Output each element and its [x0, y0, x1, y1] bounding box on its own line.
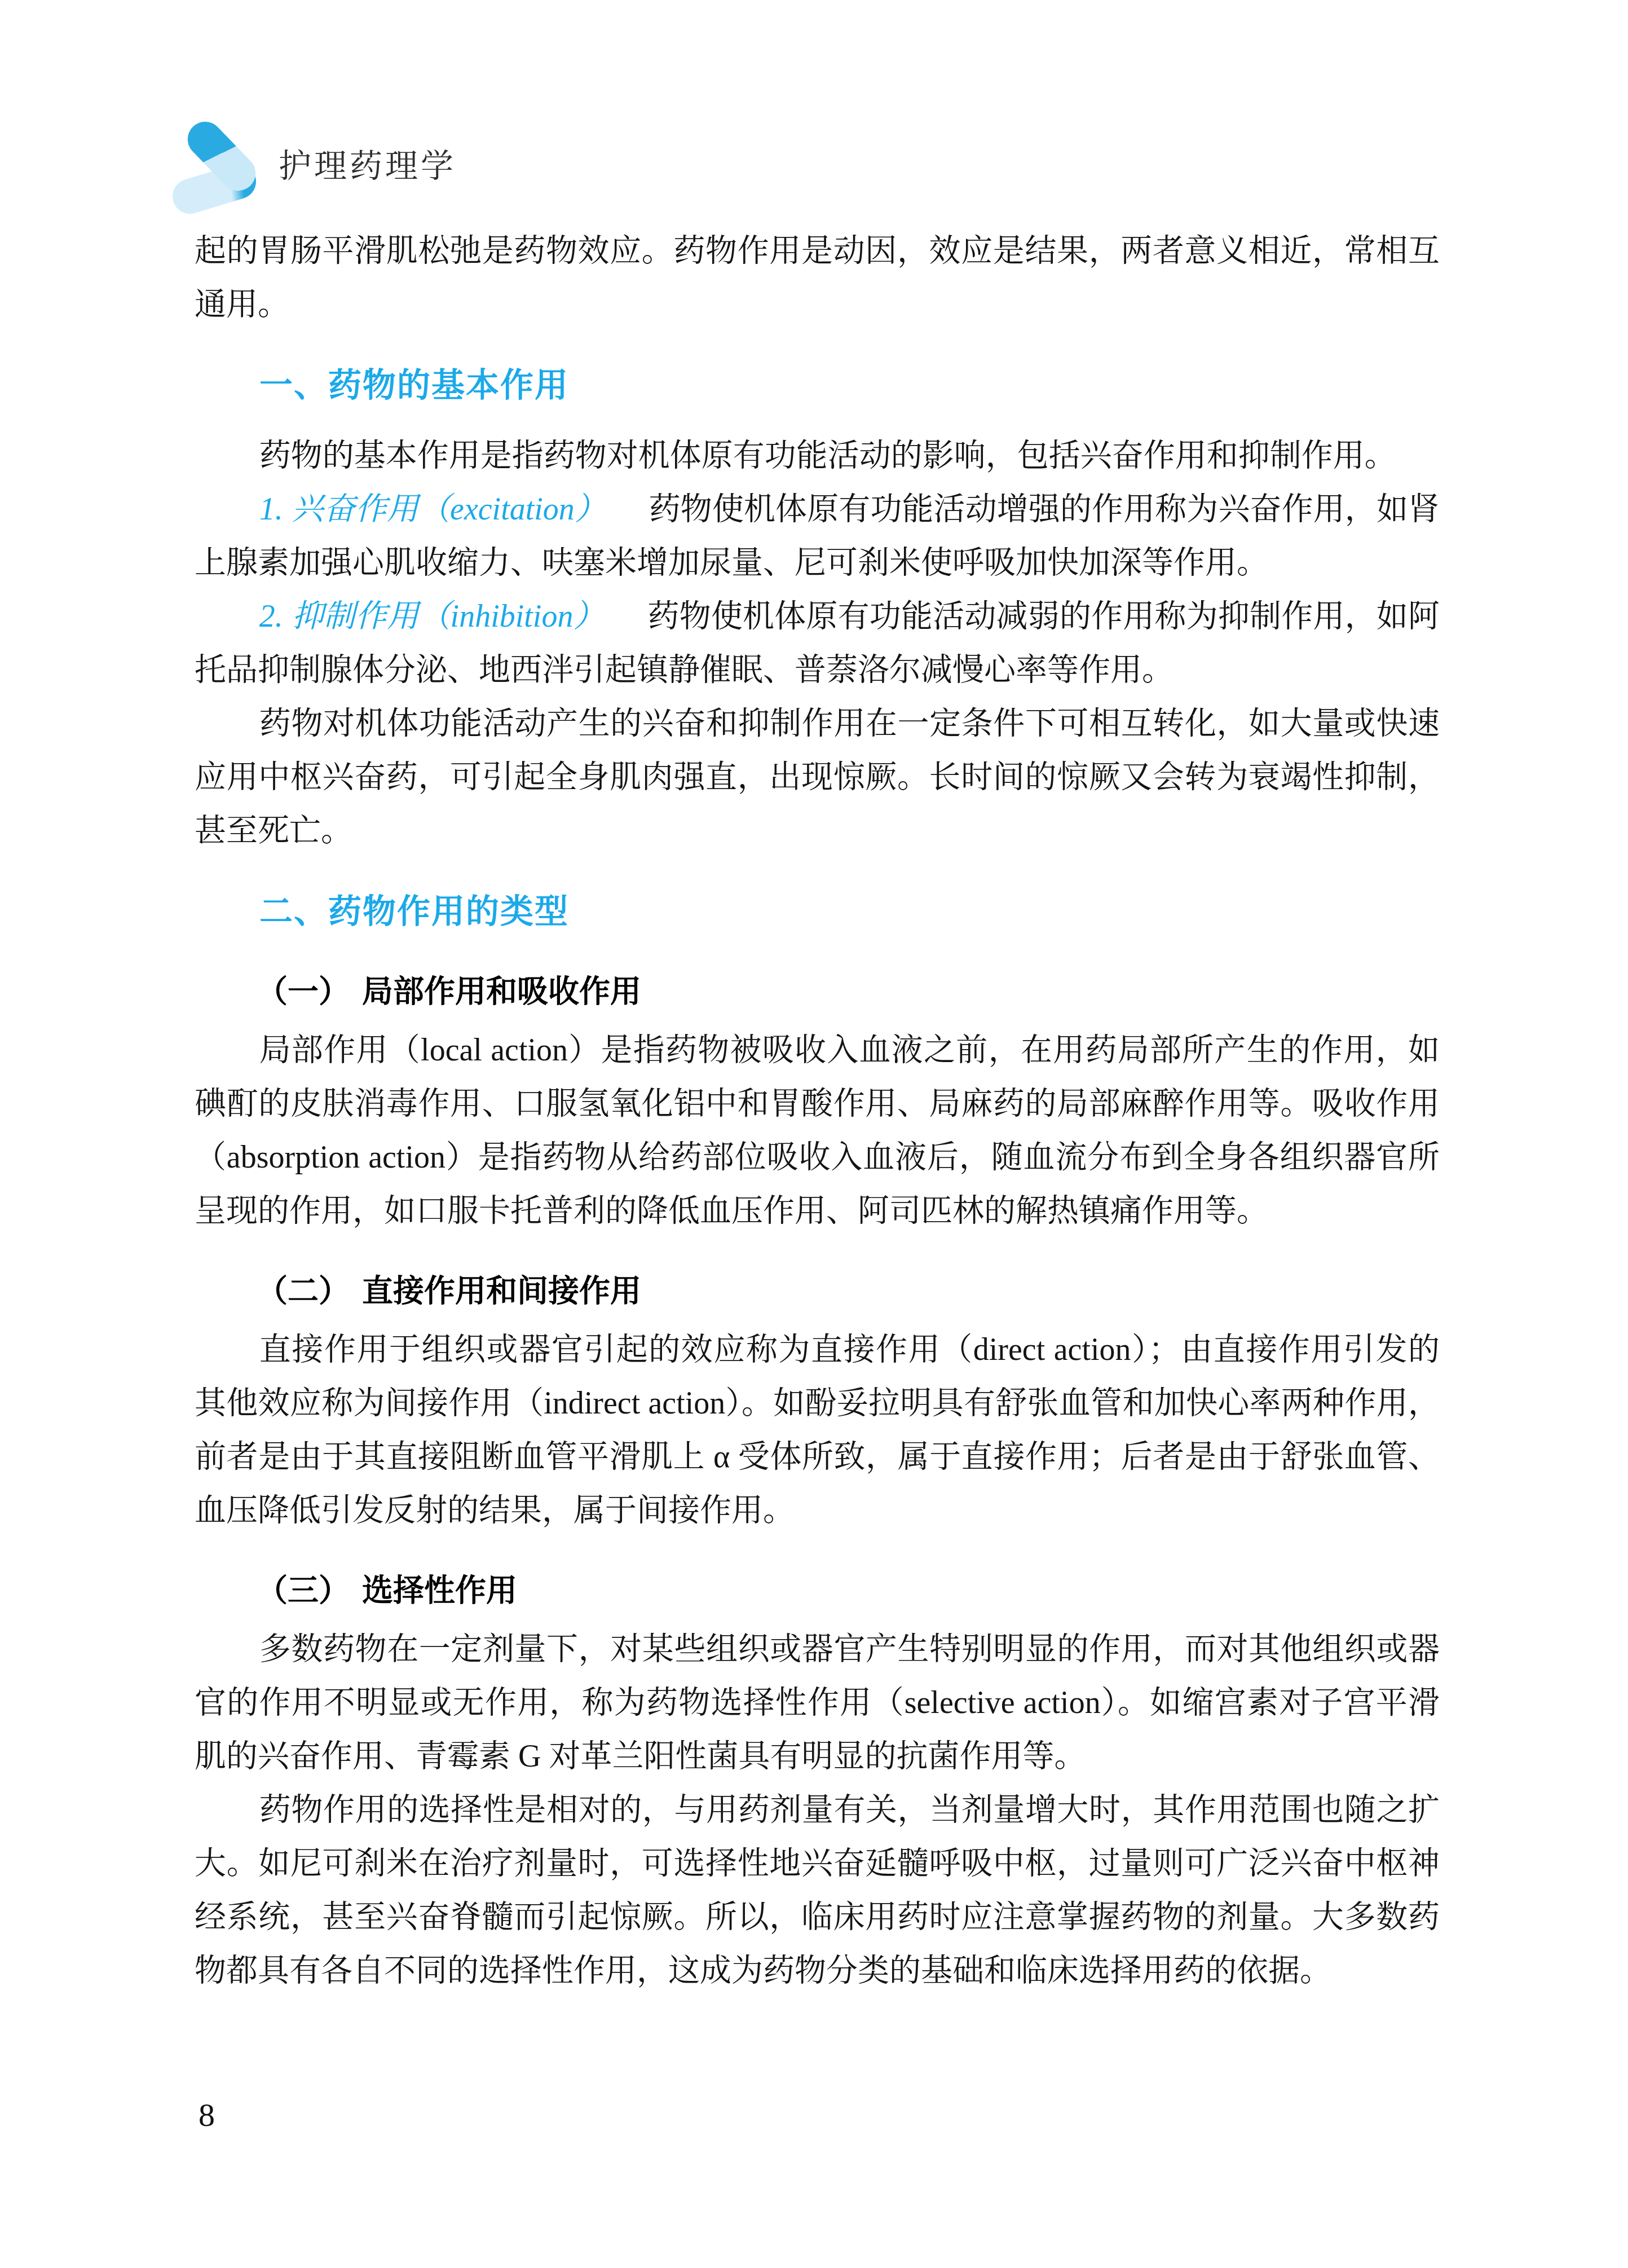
term-number: 2. [259, 599, 283, 634]
section-1-heading: 一、药物的基本作用 [195, 359, 1440, 412]
book-title: 护理药理学 [279, 150, 456, 186]
numbered-item-inhibition: 2.抑制作用（inhibition）药物使机体原有功能活动减弱的作用称为抑制作用… [195, 590, 1440, 697]
page-number: 8 [198, 2088, 215, 2142]
subsection-2-paragraph: 直接作用于组织或器官引起的效应称为直接作用（direct action）；由直接… [195, 1323, 1440, 1538]
subsection-marker: （二） [257, 1273, 350, 1308]
page-header: 护理药理学 [174, 125, 456, 211]
term-cn: 兴奋作用 [292, 492, 418, 527]
subsection-1-paragraph: 局部作用（local action）是指药物被吸收入血液之前，在用药局部所产生的… [195, 1024, 1440, 1238]
textbook-page: 护理药理学 起的胃肠平滑肌松弛是药物效应。药物作用是动因，效应是结果，两者意义相… [0, 0, 1628, 2268]
subsection-3-paragraph-2: 药物作用的选择性是相对的，与用药剂量有关，当剂量增大时，其作用范围也随之扩大。如… [195, 1783, 1440, 1998]
numbered-item-excitation: 1.兴奋作用（excitation）药物使机体原有功能活动增强的作用称为兴奋作用… [195, 483, 1440, 590]
term-number: 1. [259, 492, 283, 527]
subsection-marker: （一） [257, 974, 350, 1009]
term-label-inhibition: 2.抑制作用（inhibition） [259, 599, 605, 634]
pill-logo-icon [174, 125, 263, 211]
subsection-1-heading: （一）局部作用和吸收作用 [195, 965, 1440, 1018]
term-cn: 抑制作用 [292, 599, 418, 634]
term-label-excitation: 1.兴奋作用（excitation） [259, 492, 606, 527]
term-en: （excitation） [418, 492, 606, 527]
subsection-3-paragraph-1: 多数药物在一定剂量下，对某些组织或器官产生特别明显的作用，而对其他组织或器官的作… [195, 1623, 1440, 1783]
page-content: 起的胃肠平滑肌松弛是药物效应。药物作用是动因，效应是结果，两者意义相近，常相互通… [195, 224, 1440, 1998]
subsection-title: 局部作用和吸收作用 [362, 974, 641, 1009]
section-1-paragraph: 药物对机体功能活动产生的兴奋和抑制作用在一定条件下可相互转化，如大量或快速应用中… [195, 697, 1440, 858]
section-2-heading: 二、药物作用的类型 [195, 885, 1440, 939]
paragraph-continuation: 起的胃肠平滑肌松弛是药物效应。药物作用是动因，效应是结果，两者意义相近，常相互通… [195, 224, 1440, 332]
subsection-marker: （三） [257, 1573, 350, 1608]
section-1-lead: 药物的基本作用是指药物对机体原有功能活动的影响，包括兴奋作用和抑制作用。 [195, 429, 1440, 483]
subsection-3-heading: （三）选择性作用 [195, 1564, 1440, 1617]
subsection-2-heading: （二）直接作用和间接作用 [195, 1264, 1440, 1318]
subsection-title: 选择性作用 [362, 1573, 517, 1608]
term-en: （inhibition） [418, 599, 605, 634]
subsection-title: 直接作用和间接作用 [362, 1273, 641, 1308]
